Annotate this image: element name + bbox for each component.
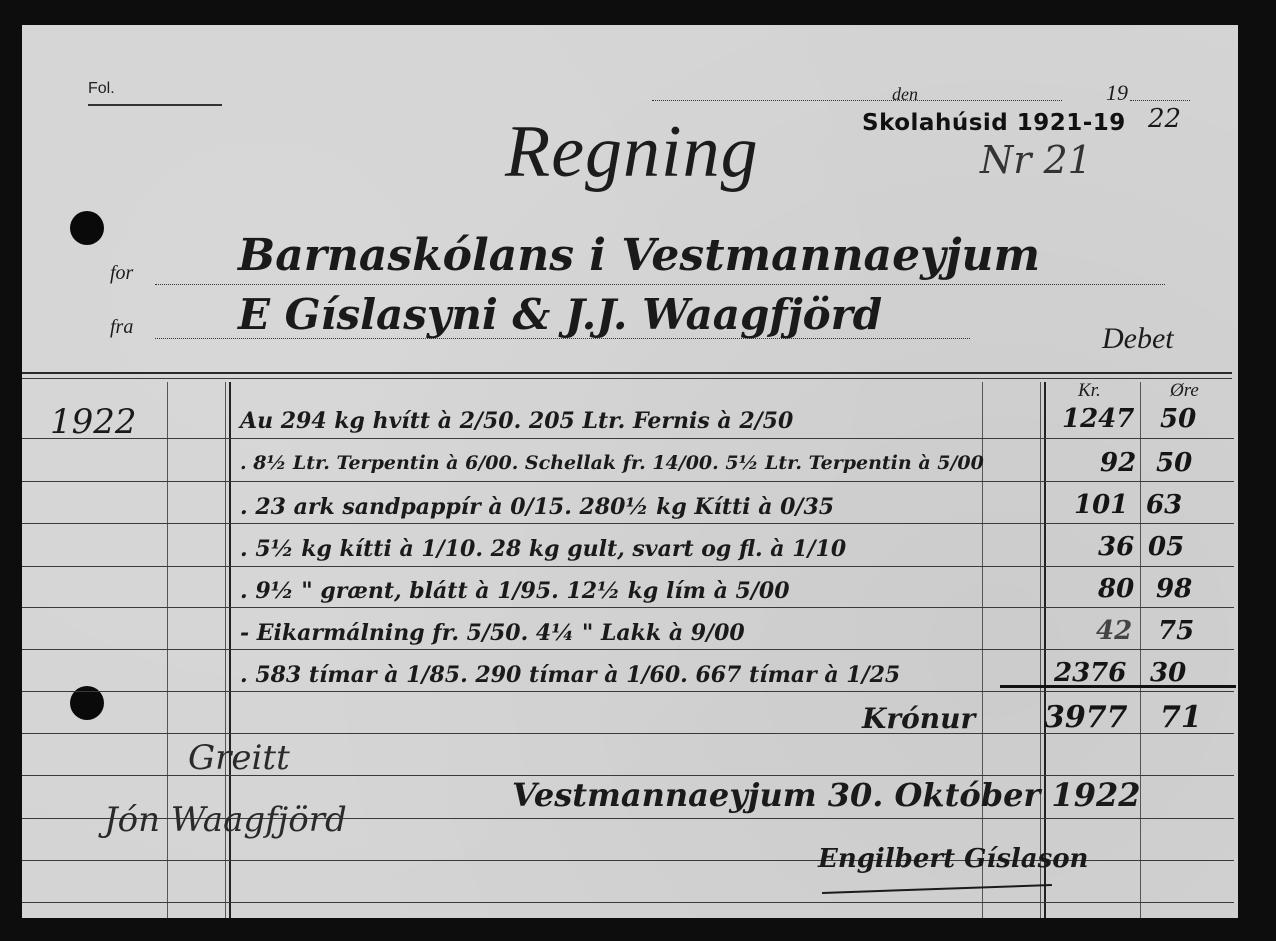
row-rule (22, 607, 1234, 608)
row-rule (22, 523, 1234, 524)
line-item-5-text: . 9½ " grænt, blátt à 1/95. 12½ kg lím à… (240, 578, 790, 604)
line-item-3-kr: 101 (1074, 490, 1128, 520)
line-item-4-kr: 36 (1098, 532, 1134, 562)
ore-column-header: Øre (1170, 380, 1199, 402)
paid-signature: Jón Waagfjörd (104, 800, 347, 840)
row-rule (22, 566, 1234, 567)
for-label: for (110, 262, 133, 285)
page-title: Regning (505, 110, 759, 195)
line-item-4-ore: 05 (1148, 532, 1184, 562)
col-divider-4a (1040, 382, 1041, 918)
folio-line (88, 104, 222, 106)
line-item-7-kr: 2376 (1054, 658, 1126, 688)
line-item-1-ore: 50 (1160, 404, 1196, 434)
line-item-5-kr: 80 (1098, 574, 1134, 604)
row-rule (22, 481, 1234, 482)
total-ore: 71 (1160, 700, 1202, 735)
row-rule (22, 691, 1234, 692)
debet-label: Debet (1102, 322, 1174, 356)
line-item-2-ore: 50 (1156, 448, 1192, 478)
table-top-rule-2 (22, 378, 1232, 379)
line-item-1-kr: 1247 (1062, 404, 1134, 434)
fra-label: fra (110, 316, 133, 339)
line-item-3-ore: 63 (1146, 490, 1182, 520)
col-divider-4b (1044, 382, 1046, 918)
folio-label: Fol. (88, 80, 115, 98)
row-rule (22, 649, 1234, 650)
invoice-number: Nr 21 (980, 138, 1092, 182)
entry-year: 1922 (50, 402, 137, 442)
fra-value: E Gíslasyni & J.J. Waagfjörd (238, 290, 882, 339)
date-dotted-line (652, 100, 1062, 101)
line-item-7-text: . 583 tímar à 1/85. 290 tímar à 1/60. 66… (240, 662, 900, 688)
sum-rule (1000, 685, 1236, 688)
for-value: Barnaskólans i Vestmannaeyjum (238, 230, 1040, 281)
school-stamp: Skolahúsid 1921-19 (862, 110, 1126, 136)
place-date: Vestmannaeyjum 30. Október 1922 (512, 776, 1140, 814)
issuer-signature: Engilbert Gíslason (818, 844, 1088, 874)
line-item-6-kr: 42 (1096, 616, 1132, 646)
year-prefix: 19 (1106, 80, 1128, 106)
paid-note: Greitt (188, 738, 290, 778)
line-item-2-text: . 8½ Ltr. Terpentin à 6/00. Schellak fr.… (240, 452, 984, 474)
punch-hole-top (70, 211, 104, 245)
total-label: Krónur (862, 702, 975, 735)
line-item-3-text: . 23 ark sandpappír à 0/15. 280½ kg Kítt… (240, 494, 834, 520)
row-rule (22, 902, 1234, 903)
line-item-5-ore: 98 (1156, 574, 1192, 604)
line-item-2-kr: 92 (1100, 448, 1136, 478)
year-dotted-line (1130, 100, 1190, 101)
col-divider-kr-ore (1140, 382, 1141, 918)
kr-column-header: Kr. (1078, 380, 1101, 402)
line-item-7-ore: 30 (1150, 658, 1186, 688)
for-dotted-line (155, 284, 1165, 285)
stamp-year-suffix: 22 (1148, 104, 1181, 134)
perforated-edge (22, 22, 1238, 28)
table-top-rule (22, 372, 1232, 374)
line-item-6-ore: 75 (1158, 616, 1194, 646)
total-kr: 3977 (1044, 700, 1128, 735)
den-label: den (892, 84, 918, 105)
line-item-6-text: - Eikarmálning fr. 5/50. 4¼ " Lakk à 9/0… (240, 620, 745, 646)
line-item-4-text: . 5½ kg kítti à 1/10. 28 kg gult, svart … (240, 536, 846, 562)
row-rule (22, 438, 1234, 439)
line-item-1-text: Au 294 kg hvítt à 2/50. 205 Ltr. Fernis … (240, 408, 793, 434)
